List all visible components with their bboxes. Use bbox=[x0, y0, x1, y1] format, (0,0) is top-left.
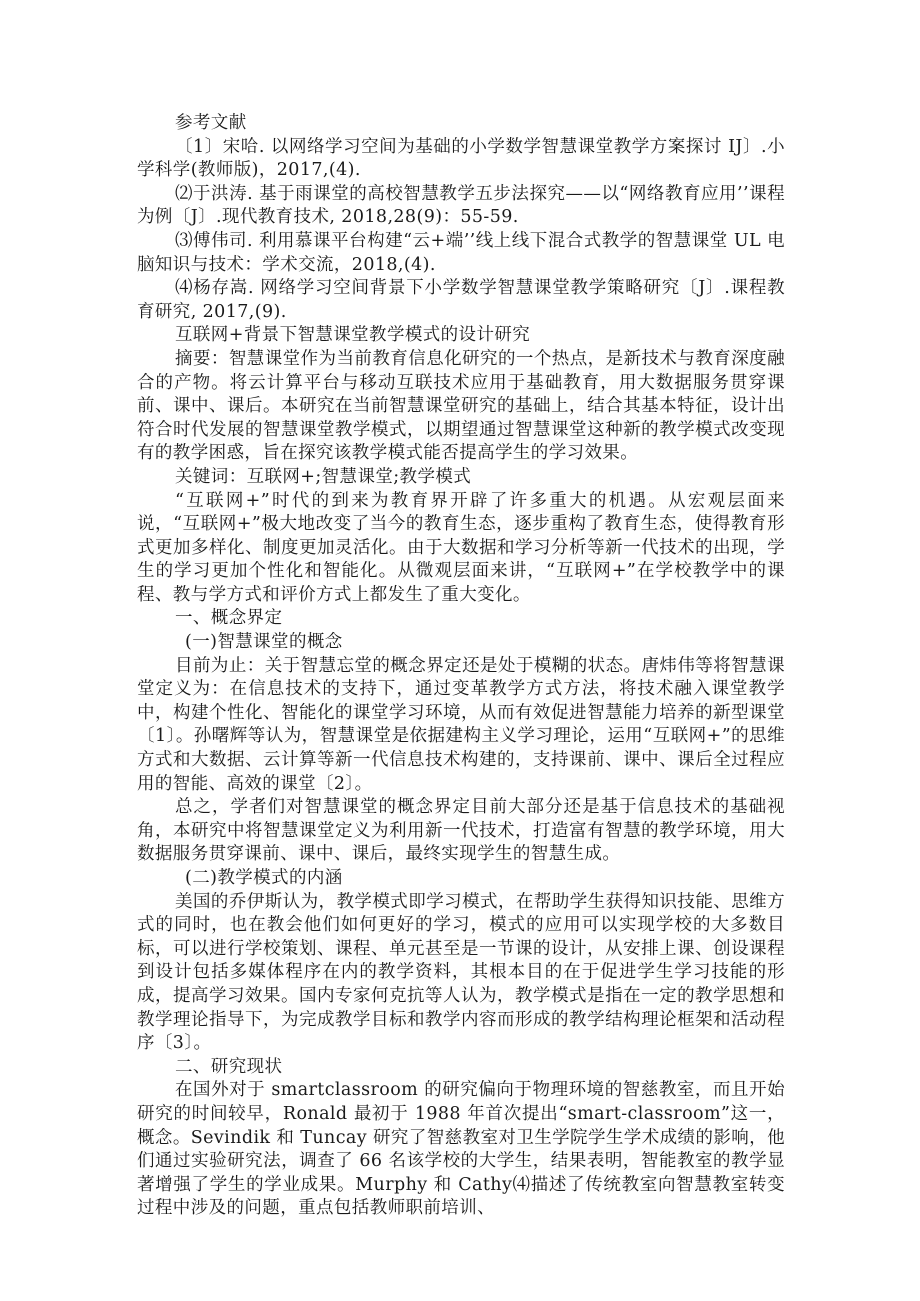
section-1-2-heading: (二)教学模式的内涵 bbox=[137, 867, 785, 891]
intro-paragraph: “互联网+”时代的到来为教育界开辟了许多重大的机遇。从宏观层面来说，“互联网+”… bbox=[137, 490, 785, 608]
section-1-1-heading: (一)智慧课堂的概念 bbox=[137, 631, 785, 655]
section-1-1-paragraph-1: 目前为止：关于智慧忘堂的概念界定还是处于模糊的状态。唐炜伟等将智慧课堂定义为：在… bbox=[137, 655, 785, 797]
section-1-heading: 一、概念界定 bbox=[137, 607, 785, 631]
reference-item-4: ⑷杨存嵩. 网络学习空间背景下小学数学智慧课堂教学策略研究〔J〕.课程教育研究,… bbox=[137, 277, 785, 324]
section-2-paragraph-1: 在国外对于 smartclassroom 的研究偏向于物理环境的智慈教室，而且开… bbox=[137, 1079, 785, 1221]
reference-item-2: ⑵于洪涛. 基于雨课堂的高校智慧教学五步法探究——以“网络教育应用’’课程为例〔… bbox=[137, 183, 785, 230]
section-2-heading: 二、研究现状 bbox=[137, 1056, 785, 1080]
section-1-1-paragraph-2: 总之，学者们对智慧课堂的概念界定目前大部分还是基于信息技术的基础视角，本研究中将… bbox=[137, 796, 785, 867]
document-page: 参考文献 〔1〕宋哈. 以网络学习空间为基础的小学数学智慧课堂教学方案探讨 IJ… bbox=[137, 112, 785, 1221]
keywords-line: 关键词：互联网+;智慧课堂;教学模式 bbox=[137, 466, 785, 490]
reference-item-1: 〔1〕宋哈. 以网络学习空间为基础的小学数学智慧课堂教学方案探讨 IJ〕.小学科… bbox=[137, 136, 785, 183]
section-1-2-paragraph-1: 美国的乔伊斯认为，教学模式即学习模式，在帮助学生获得知识技能、思维方式的同时，也… bbox=[137, 891, 785, 1056]
abstract-paragraph: 摘要：智慧课堂作为当前教育信息化研究的一个热点，是新技术与教育深度融合的产物。将… bbox=[137, 348, 785, 466]
references-heading: 参考文献 bbox=[137, 112, 785, 136]
reference-item-3: ⑶傅伟司. 利用慕课平台构建“云+端’’线上线下混合式教学的智慧课堂 UL 电脑… bbox=[137, 230, 785, 277]
article-title: 互联网+背景下智慧课堂教学模式的设计研究 bbox=[137, 324, 785, 348]
